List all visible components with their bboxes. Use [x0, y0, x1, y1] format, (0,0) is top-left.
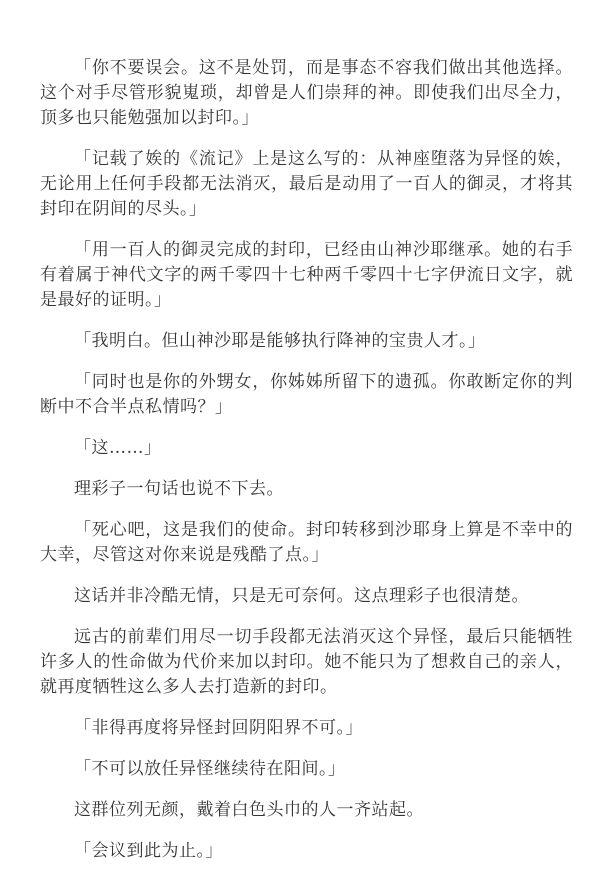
paragraph: 「不可以放任异怪继续待在阳间。」	[40, 757, 573, 782]
paragraph: 「你不要误会。这不是处罚，而是事态不容我们做出其他选择。这个对手尽管形貌嵬琐，却…	[40, 56, 573, 131]
novel-page: 「你不要误会。这不是处罚，而是事态不容我们做出其他选择。这个对手尽管形貌嵬琐，却…	[0, 0, 613, 869]
paragraph: 远古的前辈们用尽一切手段都无法消灭这个异怪，最后只能牺牲许多人的性命做为代价来加…	[40, 625, 573, 700]
paragraph-list: 「你不要误会。这不是处罚，而是事态不容我们做出其他选择。这个对手尽管形貌嵬琐，却…	[40, 56, 573, 864]
paragraph: 「记载了娭的《流记》上是这么写的：从神座堕落为异怪的娭，无论用上任何手段都无法消…	[40, 147, 573, 222]
paragraph: 这群位列无颜，戴着白色头巾的人一齐站起。	[40, 798, 573, 823]
paragraph: 「非得再度将异怪封回阴阳界不可。」	[40, 716, 573, 741]
paragraph: 「死心吧，这是我们的使命。封印转移到沙耶身上算是不幸中的大幸，尽管这对你来说是残…	[40, 518, 573, 568]
paragraph: 「会议到此为止。」	[40, 839, 573, 864]
paragraph: 「用一百人的御灵完成的封印，已经由山神沙耶继承。她的右手有着属于神代文字的两千零…	[40, 238, 573, 313]
paragraph: 「这……」	[40, 436, 573, 461]
paragraph: 这话并非冷酷无情，只是无可奈何。这点理彩子也很清楚。	[40, 584, 573, 609]
paragraph: 「同时也是你的外甥女，你姊姊所留下的遗孤。你敢断定你的判断中不合半点私情吗？」	[40, 370, 573, 420]
paragraph: 理彩子一句话也说不下去。	[40, 477, 573, 502]
paragraph: 「我明白。但山神沙耶是能够执行降神的宝贵人才。」	[40, 329, 573, 354]
